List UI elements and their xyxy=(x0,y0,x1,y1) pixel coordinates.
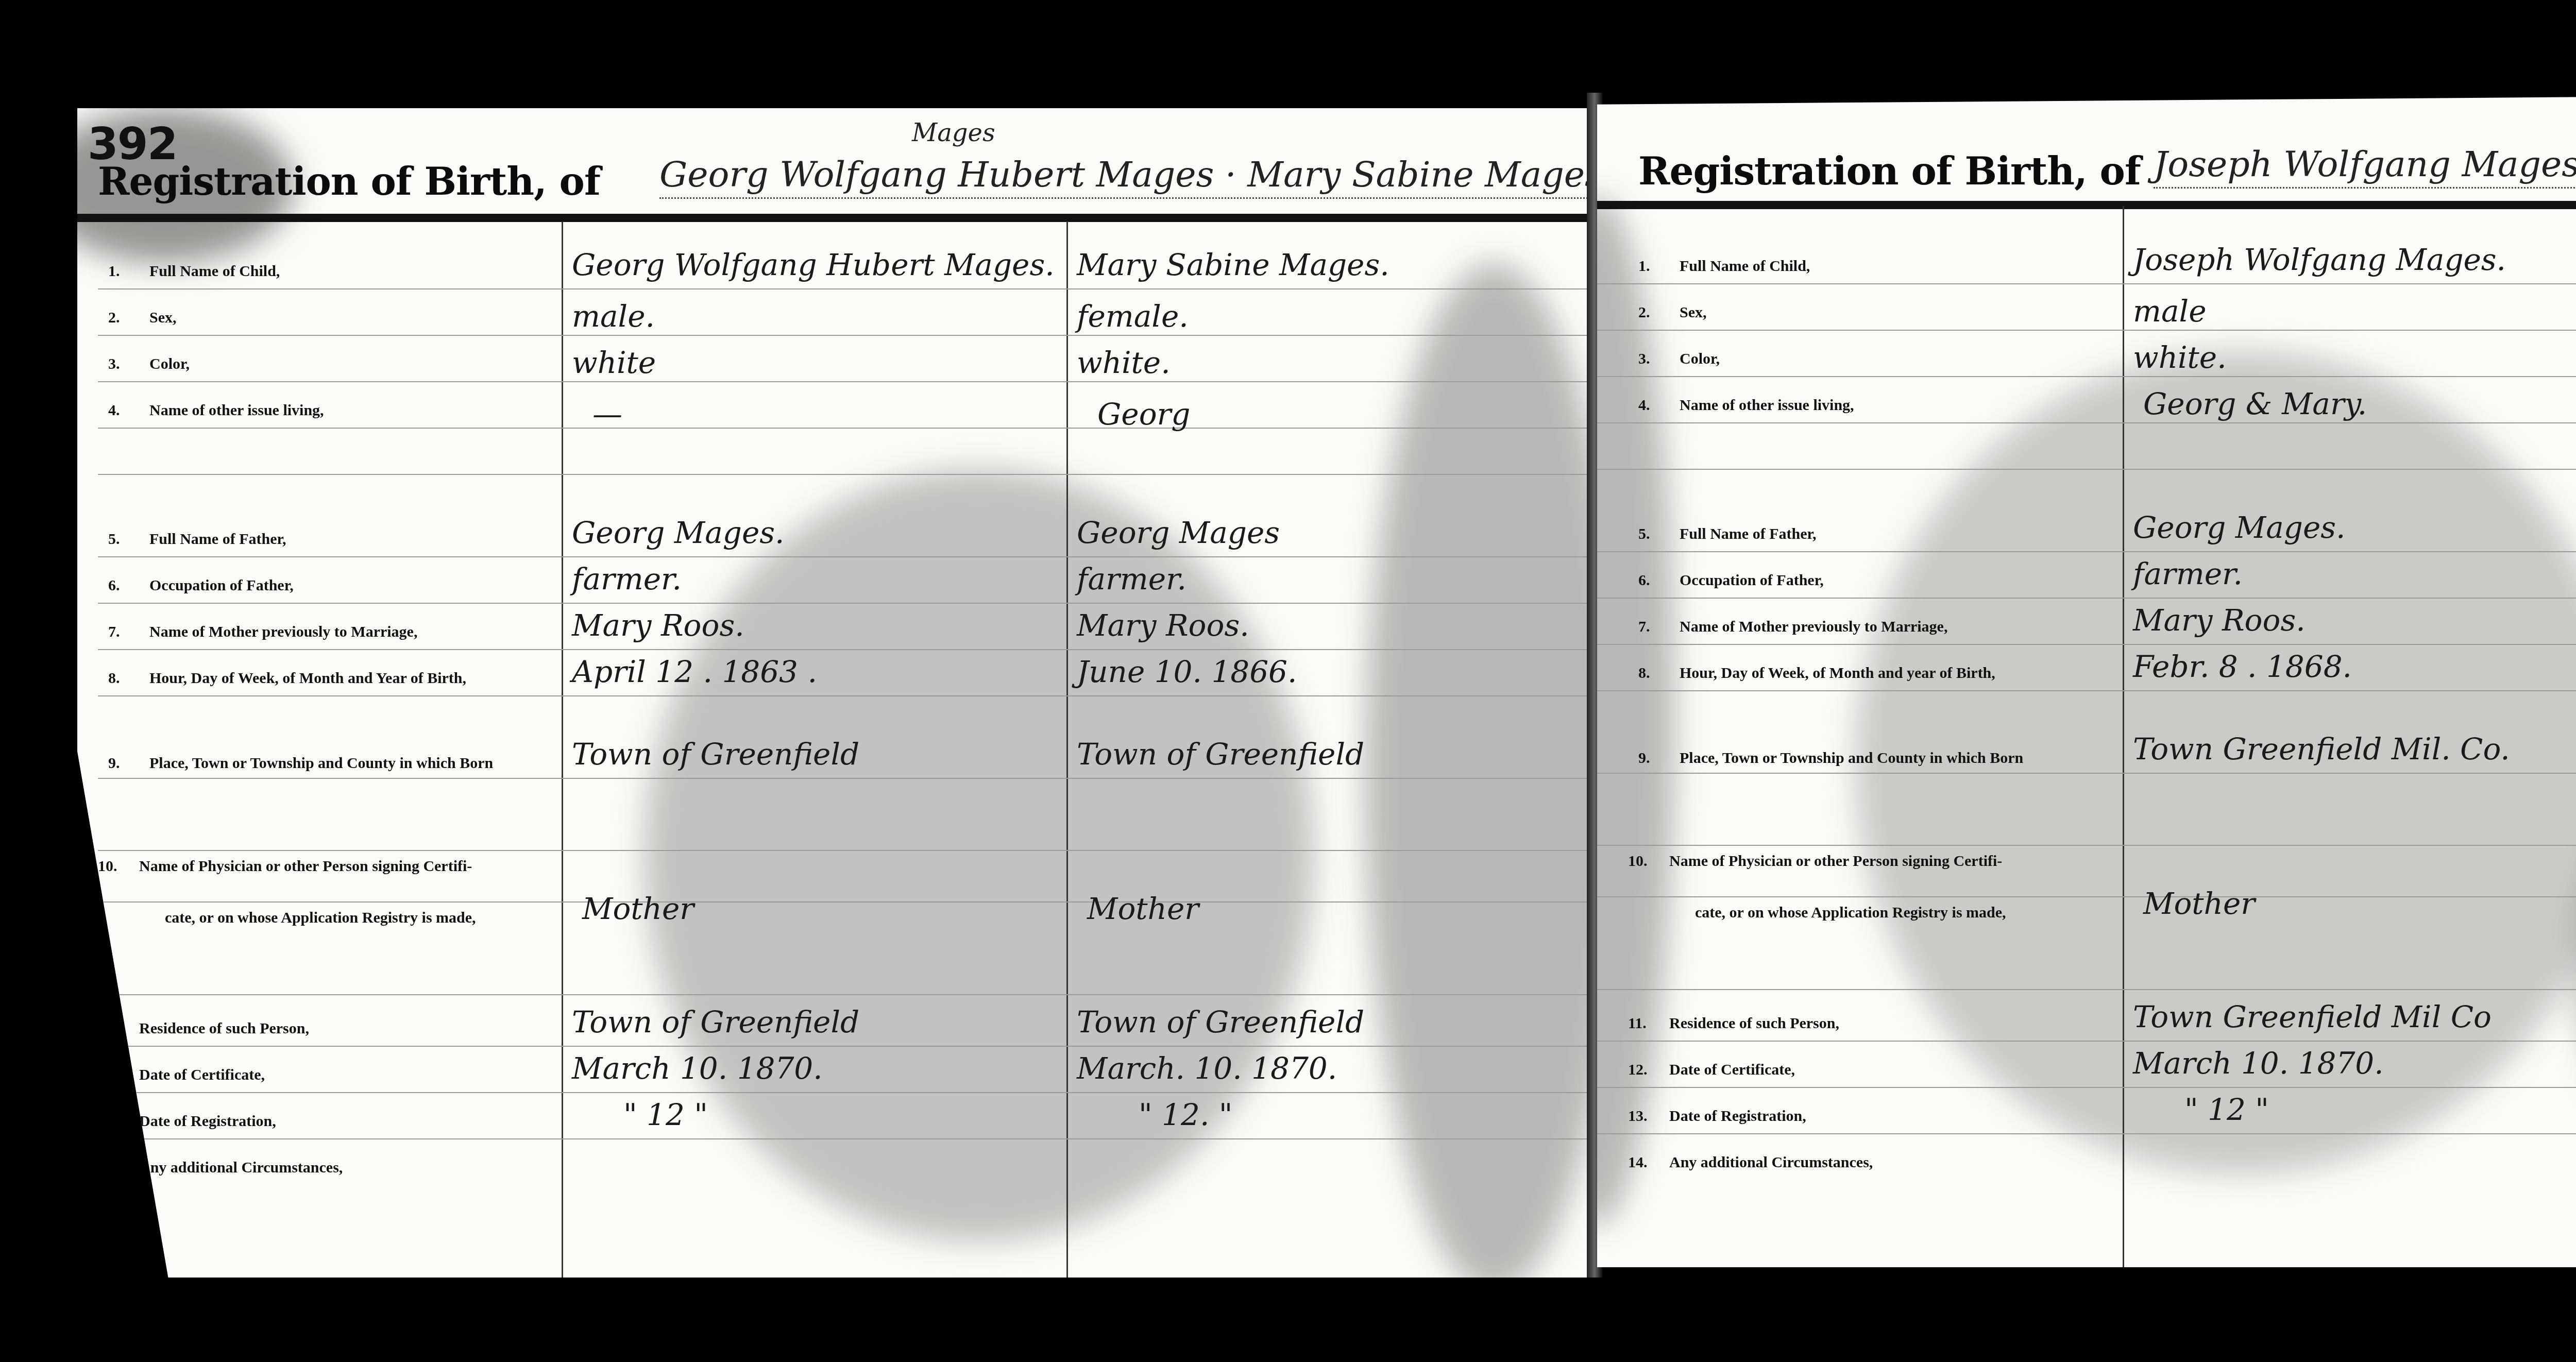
row-rule xyxy=(1597,330,2576,331)
certifier: Mother xyxy=(2143,886,2255,921)
registration-date: " 12 " xyxy=(2184,1092,2269,1127)
birth-place: Town Greenfield Mil. Co. xyxy=(2133,731,2510,767)
row-label-12: 12.Date of Certificate, xyxy=(98,1066,265,1084)
child-name: Georg Wolfgang Hubert Mages. xyxy=(572,247,1055,282)
row-label-14: 14.Any additional Circumstances, xyxy=(1628,1154,1873,1171)
row-label-7: 7.Name of Mother previously to Marriage, xyxy=(108,623,417,641)
row-rule xyxy=(98,381,1592,382)
row-rule xyxy=(1597,422,2576,423)
certifier: Mother xyxy=(1087,891,1199,926)
row-label-8: 8.Hour, Day of Week, of Month and Year o… xyxy=(108,670,466,687)
registration-date: " 12 " xyxy=(623,1097,708,1132)
insertion-note: Mages xyxy=(912,118,995,147)
row-rule xyxy=(98,1092,1592,1093)
row-label-3: 3.Color, xyxy=(108,355,190,373)
row-rule xyxy=(1597,644,2576,645)
row-label-2: 2.Sex, xyxy=(1638,304,1707,321)
row-label-1: 1.Full Name of Child, xyxy=(1638,258,1810,275)
row-label-13: 13.Date of Registration, xyxy=(1628,1108,1806,1125)
header-rule xyxy=(77,214,1592,222)
row-label-4: 4.Name of other issue living, xyxy=(1638,397,1854,414)
row-rule xyxy=(98,603,1592,604)
father-occupation: farmer. xyxy=(572,561,682,597)
birth-place: Town of Greenfield xyxy=(572,737,859,772)
row-label-11: 11.Residence of such Person, xyxy=(98,1020,309,1037)
register-title: Registration of Birth, of xyxy=(1638,149,2141,194)
column-divider xyxy=(2123,206,2124,1267)
residence: Town of Greenfield xyxy=(572,1005,859,1040)
birth-place: Town of Greenfield xyxy=(1077,737,1364,772)
row-rule xyxy=(98,1138,1592,1139)
child-color: white. xyxy=(2133,340,2227,375)
row-rule xyxy=(98,1046,1592,1047)
child-color: white. xyxy=(1077,345,1171,380)
row-rule xyxy=(1597,845,2576,846)
residence: Town Greenfield Mil Co xyxy=(2133,999,2492,1034)
row-label-3: 3.Color, xyxy=(1638,350,1720,368)
row-rule xyxy=(98,428,1592,429)
row-label-6: 6.Occupation of Father, xyxy=(1638,572,1824,589)
other-issue: Georg xyxy=(1097,397,1190,432)
mother-maiden-name: Mary Roos. xyxy=(572,608,744,643)
row-rule xyxy=(1597,690,2576,691)
residence: Town of Greenfield xyxy=(1077,1005,1364,1040)
row-rule xyxy=(1597,773,2576,774)
row-rule xyxy=(1597,896,2576,897)
row-rule xyxy=(1597,989,2576,990)
row-label-10-cont: cate, or on whose Application Registry i… xyxy=(165,909,476,927)
certifier: Mother xyxy=(582,891,694,926)
row-label-12: 12.Date of Certificate, xyxy=(1628,1061,1795,1079)
row-label-14: 14.Any additional Circumstances, xyxy=(98,1159,343,1177)
column-divider xyxy=(1066,222,1068,1278)
right-page: 393 Registration of Birth, of Joseph Wol… xyxy=(1597,93,2576,1267)
registration-date: " 12. " xyxy=(1139,1097,1232,1132)
child-name: Joseph Wolfgang Mages. xyxy=(2133,242,2506,277)
row-rule xyxy=(98,901,1592,903)
child-name: Mary Sabine Mages. xyxy=(1077,247,1389,282)
father-name: Georg Mages. xyxy=(2133,510,2346,545)
row-rule xyxy=(98,474,1592,475)
gutter-shadow xyxy=(1365,263,1592,1278)
row-rule xyxy=(98,994,1592,995)
row-rule xyxy=(1597,1041,2576,1042)
row-label-4: 4.Name of other issue living, xyxy=(108,402,324,419)
row-label-13: 13.Date of Registration, xyxy=(98,1113,276,1130)
birth-date: Febr. 8 . 1868. xyxy=(2133,649,2352,684)
register-title: Registration of Birth, of xyxy=(98,160,600,204)
father-occupation: farmer. xyxy=(1077,561,1187,597)
row-rule xyxy=(98,288,1592,290)
row-rule xyxy=(98,649,1592,650)
child-sex: male. xyxy=(572,299,655,334)
row-rule xyxy=(1597,1087,2576,1088)
father-name: Georg Mages. xyxy=(572,515,785,550)
row-label-5: 5.Full Name of Father, xyxy=(108,531,286,548)
row-rule xyxy=(1597,1133,2576,1134)
row-rule xyxy=(98,335,1592,336)
mother-maiden-name: Mary Roos. xyxy=(2133,603,2306,638)
page-header: 393 Registration of Birth, of Joseph Wol… xyxy=(1597,93,2576,206)
row-label-9: 9.Place, Town or Township and County in … xyxy=(108,755,493,772)
row-rule xyxy=(98,556,1592,557)
row-label-10: 10.Name of Physician or other Person sig… xyxy=(1628,853,2002,870)
left-page: 392 Mages Registration of Birth, of Geor… xyxy=(77,108,1592,1278)
other-issue: Georg & Mary. xyxy=(2143,386,2367,421)
row-label-5: 5.Full Name of Father, xyxy=(1638,525,1817,543)
row-rule xyxy=(1597,376,2576,377)
father-occupation: farmer. xyxy=(2133,556,2243,591)
row-label-6: 6.Occupation of Father, xyxy=(108,577,294,594)
row-rule xyxy=(98,778,1592,779)
certificate-date: March 10. 1870. xyxy=(572,1051,823,1086)
child-color: white xyxy=(572,345,656,380)
row-label-10: 10.Name of Physician or other Person sig… xyxy=(98,858,472,875)
certificate-date: March. 10. 1870. xyxy=(1077,1051,1337,1086)
header-rule xyxy=(1597,201,2576,209)
row-rule xyxy=(98,850,1592,851)
row-rule xyxy=(1597,283,2576,284)
birth-date: April 12 . 1863 . xyxy=(572,654,817,689)
row-rule xyxy=(98,695,1592,696)
row-label-10-cont: cate, or on whose Application Registry i… xyxy=(1695,904,2006,922)
child-sex: female. xyxy=(1077,299,1189,334)
register-names: Georg Wolfgang Hubert Mages · Mary Sabin… xyxy=(659,155,1592,199)
row-rule xyxy=(1597,598,2576,599)
row-label-2: 2.Sex, xyxy=(108,309,177,327)
register-names: Joseph Wolfgang Mages · Elisabetha Jaege… xyxy=(2154,144,2576,189)
mother-maiden-name: Mary Roos. xyxy=(1077,608,1249,643)
father-name: Georg Mages xyxy=(1077,515,1280,550)
birth-date: June 10. 1866. xyxy=(1077,654,1297,689)
row-label-1: 1.Full Name of Child, xyxy=(108,263,280,280)
other-issue: — xyxy=(592,397,622,432)
child-sex: male xyxy=(2133,294,2206,329)
row-rule xyxy=(1597,469,2576,470)
certificate-date: March 10. 1870. xyxy=(2133,1046,2384,1081)
row-label-8: 8.Hour, Day of Week, of Month and year o… xyxy=(1638,665,1995,682)
row-label-9: 9.Place, Town or Township and County in … xyxy=(1638,750,2023,767)
row-label-7: 7.Name of Mother previously to Marriage, xyxy=(1638,618,1947,636)
row-label-11: 11.Residence of such Person, xyxy=(1628,1015,1839,1032)
row-rule xyxy=(1597,551,2576,552)
column-divider xyxy=(562,222,563,1278)
page-header: 392 Mages Registration of Birth, of Geor… xyxy=(77,108,1592,222)
